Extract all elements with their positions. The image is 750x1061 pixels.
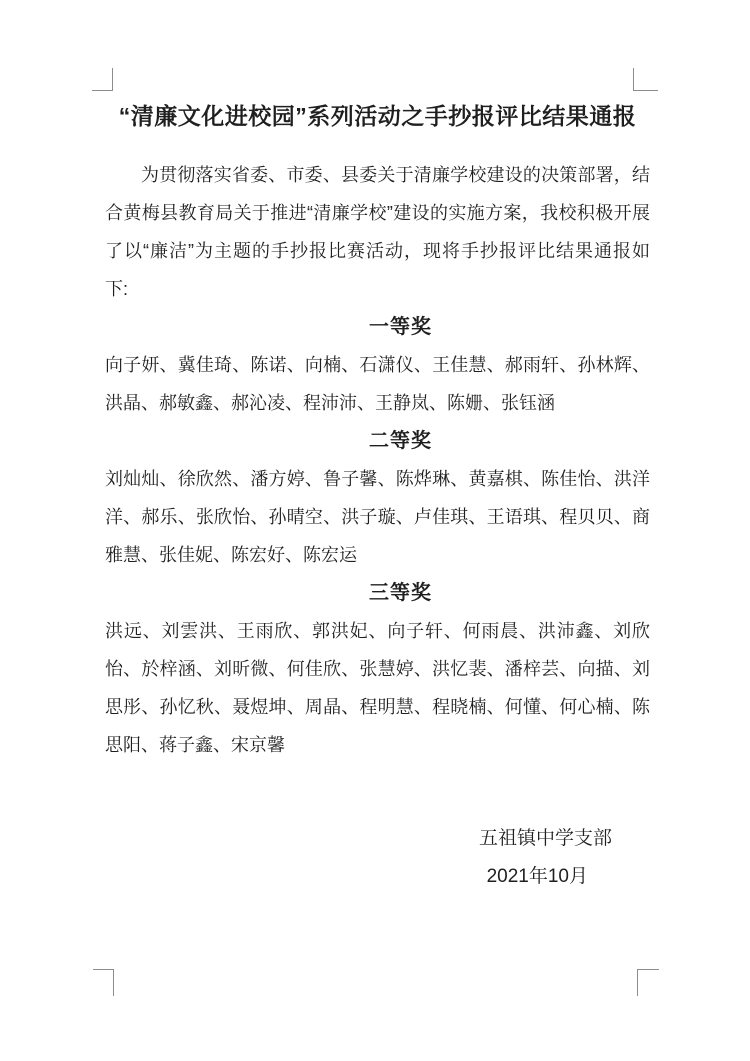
crop-mark-top-left: [92, 68, 113, 91]
page-title: “清廉文化进校园”系列活动之手抄报评比结果通报: [105, 96, 650, 136]
first-prize-section: 一等奖 向子妍、冀佳琦、陈诺、向楠、石潇仪、王佳慧、郝雨轩、孙林辉、 洪晶、郝敏…: [105, 308, 650, 422]
signature: 五祖镇中学支部: [105, 820, 650, 858]
crop-mark-bottom-left: [93, 969, 114, 996]
date: 2021年10月: [105, 858, 650, 896]
second-prize-section: 二等奖 刘灿灿、徐欣然、潘方婷、鲁子馨、陈烨琳、黄嘉棋、陈佳怡、洪洋 洋、郝乐、…: [105, 422, 650, 574]
crop-mark-bottom-right: [637, 969, 659, 996]
crop-mark-top-right: [633, 68, 658, 91]
winners-line: 思彤、孙忆秋、聂煜坤、周晶、程明慧、程晓楠、何懂、何心楠、陈: [105, 688, 650, 726]
winners-line: 向子妍、冀佳琦、陈诺、向楠、石潇仪、王佳慧、郝雨轩、孙林辉、: [105, 346, 650, 384]
winners-line: 雅慧、张佳妮、陈宏好、陈宏运: [105, 536, 650, 574]
award-heading-second-prize: 二等奖: [105, 422, 650, 460]
winners-line: 刘灿灿、徐欣然、潘方婷、鲁子馨、陈烨琳、黄嘉棋、陈佳怡、洪洋: [105, 460, 650, 498]
document-body: “清廉文化进校园”系列活动之手抄报评比结果通报 为贯彻落实省委、市委、县委关于清…: [105, 96, 650, 896]
winners-line: 思阳、蒋子鑫、宋京馨: [105, 726, 650, 764]
award-heading-first-prize: 一等奖: [105, 308, 650, 346]
third-prize-section: 三等奖 洪远、刘雲洪、王雨欣、郭洪妃、向子轩、何雨晨、洪沛鑫、刘欣 怡、於梓涵、…: [105, 574, 650, 764]
intro-paragraph: 为贯彻落实省委、市委、县委关于清廉学校建设的决策部署，结 合黄梅县教育局关于推进…: [105, 156, 650, 308]
winners-line: 洪远、刘雲洪、王雨欣、郭洪妃、向子轩、何雨晨、洪沛鑫、刘欣: [105, 612, 650, 650]
document-page: “清廉文化进校园”系列活动之手抄报评比结果通报 为贯彻落实省委、市委、县委关于清…: [0, 0, 750, 1061]
intro-line: 为贯彻落实省委、市委、县委关于清廉学校建设的决策部署，结: [105, 156, 650, 194]
intro-line: 了以“廉洁”为主题的手抄报比赛活动，现将手抄报评比结果通报如: [105, 232, 650, 270]
intro-line: 合黄梅县教育局关于推进“清廉学校”建设的实施方案，我校积极开展: [105, 194, 650, 232]
winners-line: 洪晶、郝敏鑫、郝沁凌、程沛沛、王静岚、陈姗、张钰涵: [105, 384, 650, 422]
award-heading-third-prize: 三等奖: [105, 574, 650, 612]
winners-line: 怡、於梓涵、刘昕微、何佳欣、张慧婷、洪忆裴、潘梓芸、向描、刘: [105, 650, 650, 688]
winners-line: 洋、郝乐、张欣怡、孙晴空、洪子璇、卢佳琪、王语琪、程贝贝、商: [105, 498, 650, 536]
intro-line: 下:: [105, 270, 650, 308]
document-footer: 五祖镇中学支部 2021年10月: [105, 820, 650, 896]
